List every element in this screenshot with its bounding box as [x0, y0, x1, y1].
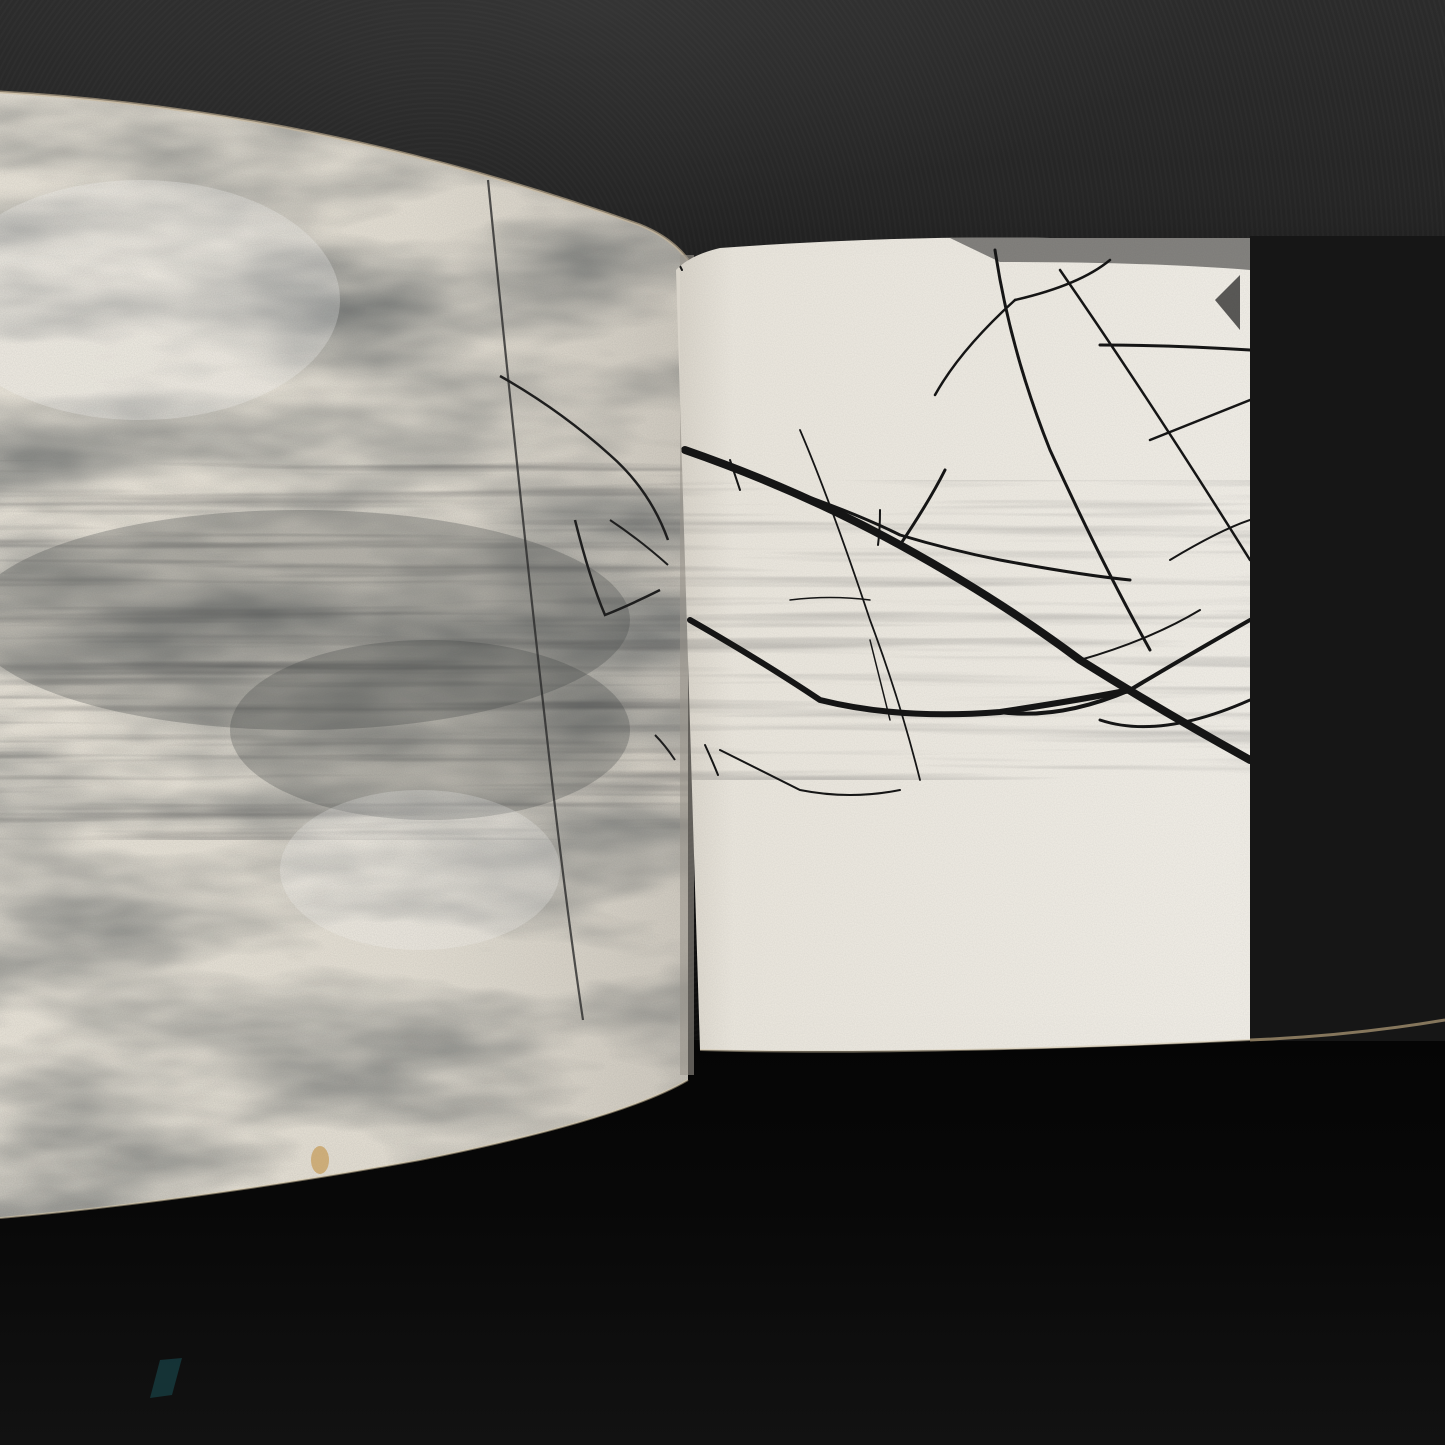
branches-photograph [660, 230, 1260, 1060]
stain [311, 1146, 329, 1174]
photo-scene [0, 0, 1445, 1445]
black-edge-band [1250, 236, 1445, 1041]
right-page [660, 230, 1445, 1060]
water-photograph [0, 80, 700, 1230]
left-page [0, 80, 700, 1230]
open-photobook [0, 0, 1445, 1445]
teal-fleck [150, 1358, 182, 1398]
